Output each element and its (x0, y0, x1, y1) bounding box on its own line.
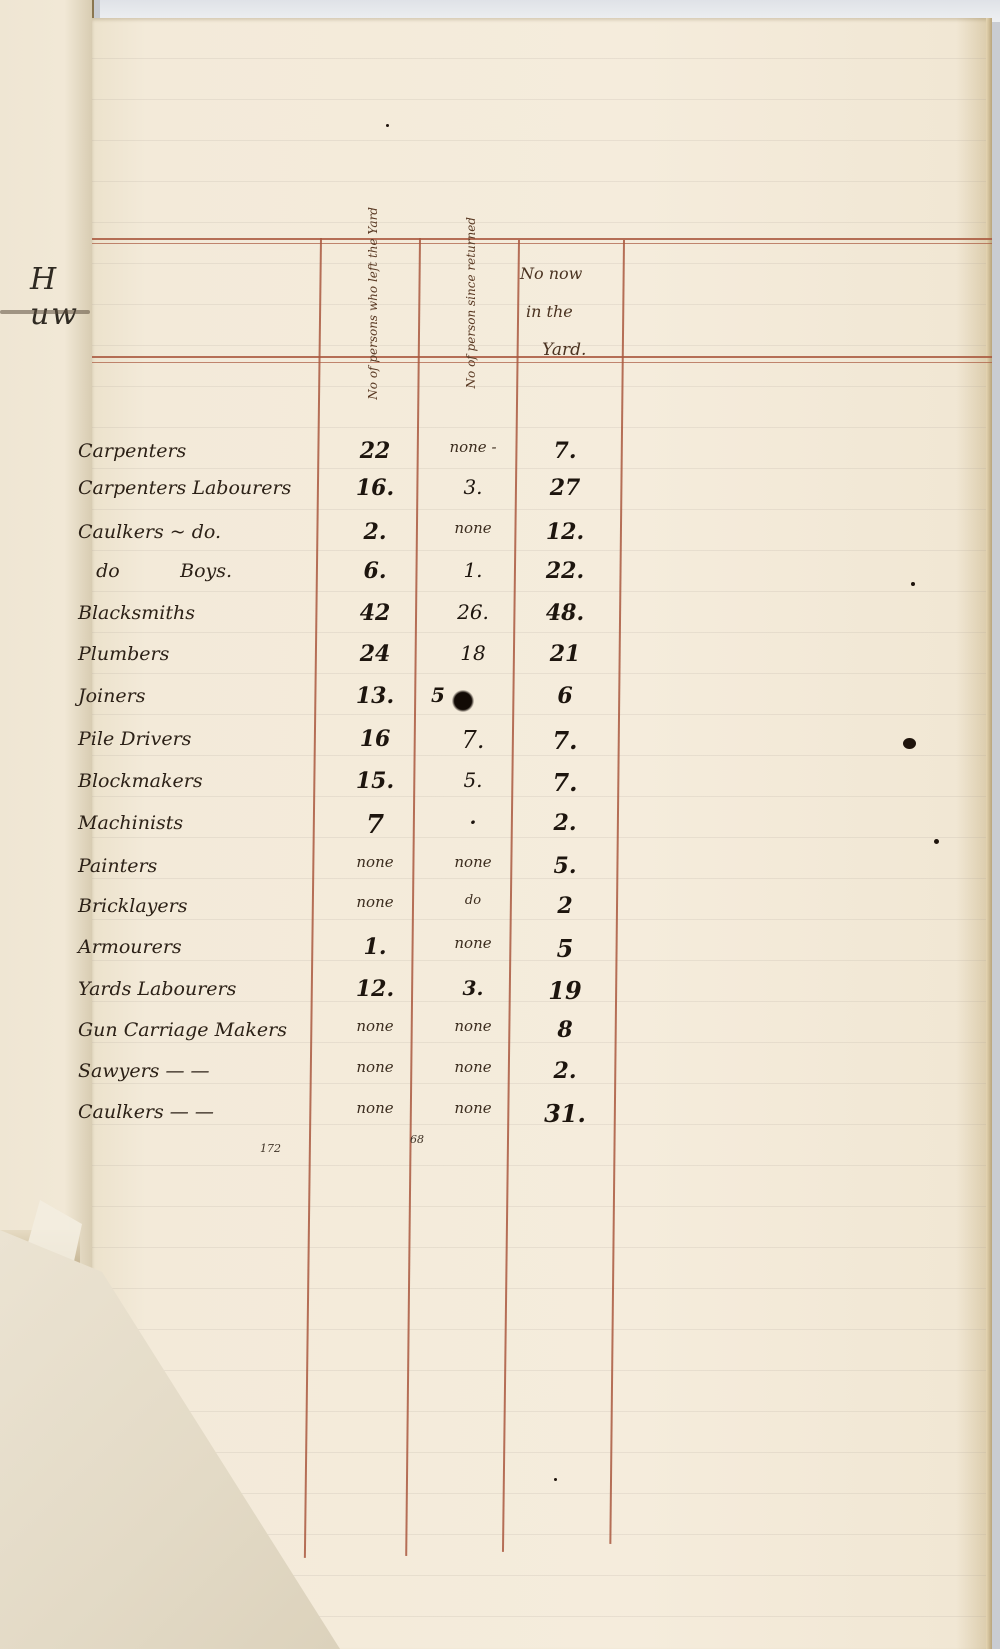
now-count: 8 (520, 1017, 610, 1043)
table-row: Gun Carriage Makers none none 8 (0, 1019, 620, 1057)
now-count: 7. (520, 438, 610, 464)
now-count: 48. (520, 600, 610, 626)
left-count: 2. (330, 519, 420, 545)
now-count: 2 (520, 893, 610, 919)
table-row: Carpenters Labourers 16. 3. 27 (0, 477, 620, 515)
ink-smudge (0, 310, 90, 314)
trade-name: Joiners (78, 685, 308, 707)
trade-name: Caulkers — — (78, 1101, 308, 1123)
left-count: 15. (330, 768, 420, 794)
returned-count: none (428, 519, 518, 537)
trade-name: Caulkers ~ do. (78, 521, 308, 543)
ink-dot (934, 839, 939, 844)
now-count: 22. (520, 558, 610, 584)
returned-count: 18 (428, 641, 518, 665)
returned-count: 3. (428, 976, 518, 1000)
returned-count: none (428, 1017, 518, 1035)
ink-dot (911, 582, 915, 586)
now-count: 27 (520, 475, 610, 501)
now-count: 2. (520, 810, 610, 836)
returned-count: 7. (428, 726, 518, 754)
table-row: Armourers 1. none 5 (0, 936, 620, 974)
table-row: Blockmakers 15. 5. 7. (0, 770, 620, 808)
table-row: do Boys. 6. 1. 22. (0, 560, 620, 598)
returned-count: do (428, 893, 518, 908)
left-count: 16 (330, 726, 420, 752)
left-count: 16. (330, 475, 420, 501)
returned-count: none (428, 1099, 518, 1117)
left-page-fragment: H uw (30, 262, 92, 332)
header-now-line-3: Yard. (520, 331, 620, 369)
trade-name: Gun Carriage Makers (78, 1019, 308, 1041)
left-count: none (330, 893, 420, 911)
header-now-line-1: No now (520, 255, 620, 293)
returned-count: none (428, 1058, 518, 1076)
trade-name: Blacksmiths (78, 602, 308, 624)
header-returned-text: No of person since returned (462, 217, 480, 388)
returned-count: none - (428, 438, 518, 456)
table-row: Machinists 7 · 2. (0, 812, 620, 850)
left-count: none (330, 1058, 420, 1076)
now-count: 21 (520, 641, 610, 667)
header-now-in-yard: No now in the Yard. (520, 255, 620, 369)
now-count: 12. (520, 519, 610, 545)
header-returned: No of person since returned (428, 248, 513, 358)
header-top-rule-inner (92, 243, 992, 244)
returned-count: 26. (428, 600, 518, 624)
now-count: 7. (520, 726, 610, 755)
trade-name: Carpenters (78, 440, 308, 462)
table-row: Blacksmiths 42 26. 48. (0, 602, 620, 640)
header-left-yard: No of persons who left the Yard (330, 248, 415, 358)
left-count: none (330, 853, 420, 871)
trade-name: Carpenters Labourers (78, 477, 308, 499)
left-count: 24 (330, 641, 420, 667)
table-row: Carpenters 22 none - 7. (0, 440, 620, 478)
table-row: Caulkers ~ do. 2. none 12. (0, 521, 620, 559)
trade-name: Plumbers (78, 643, 308, 665)
left-count: 13. (330, 683, 420, 709)
header-left-yard-text: No of persons who left the Yard (364, 207, 382, 400)
now-count: 2. (520, 1058, 610, 1084)
left-count: none (330, 1017, 420, 1035)
now-count: 31. (520, 1099, 610, 1128)
now-count: 7. (520, 768, 610, 797)
table-row: Bricklayers none do 2 (0, 895, 620, 933)
returned-count: none (428, 934, 518, 952)
returned-count: · (428, 810, 518, 834)
trade-name: do Boys. (78, 560, 308, 582)
trade-name: Pile Drivers (78, 728, 308, 750)
left-count: 6. (330, 558, 420, 584)
left-count: 7 (330, 810, 420, 840)
table-row: Sawyers — — none none 2. (0, 1060, 620, 1098)
table-row: Joiners 13. 5 6 (0, 685, 620, 723)
returned-count: 1. (428, 558, 518, 582)
left-count: 22 (330, 438, 420, 464)
left-page-fragment-text: H uw (0, 262, 92, 322)
returned-count: none (428, 853, 518, 871)
table-row: Plumbers 24 18 21 (0, 643, 620, 681)
left-count: 12. (330, 976, 420, 1002)
trade-name: Armourers (78, 936, 308, 958)
returned-count: 3. (428, 475, 518, 499)
trade-name: Yards Labourers (78, 978, 308, 1000)
ink-blot (452, 690, 474, 712)
left-total: 172 (260, 1142, 281, 1155)
trade-name: Machinists (78, 812, 308, 834)
header-now-line-2: in the (520, 293, 620, 331)
header-top-rule (92, 238, 992, 240)
page-edge (986, 18, 992, 1649)
now-count: 5 (520, 934, 610, 963)
returned-total: 68 (410, 1133, 424, 1146)
now-count: 6 (520, 683, 610, 709)
now-count: 19 (520, 976, 610, 1005)
table-row: Yards Labourers 12. 3. 19 (0, 978, 620, 1016)
returned-count: 5. (428, 768, 518, 792)
left-count: 1. (330, 934, 420, 960)
ink-dot (554, 1478, 557, 1481)
trade-name: Bricklayers (78, 895, 308, 917)
trade-name: Sawyers — — (78, 1060, 308, 1082)
left-count: 42 (330, 600, 420, 626)
trade-name: Blockmakers (78, 770, 308, 792)
table-row: Caulkers — — none none 31. (0, 1101, 620, 1139)
trade-name: Painters (78, 855, 308, 877)
ink-blot (903, 738, 916, 749)
left-count: none (330, 1099, 420, 1117)
ink-dot (386, 124, 389, 127)
now-count: 5. (520, 853, 610, 879)
table-row: Pile Drivers 16 7. 7. (0, 728, 620, 766)
table-row: Painters none none 5. (0, 855, 620, 893)
